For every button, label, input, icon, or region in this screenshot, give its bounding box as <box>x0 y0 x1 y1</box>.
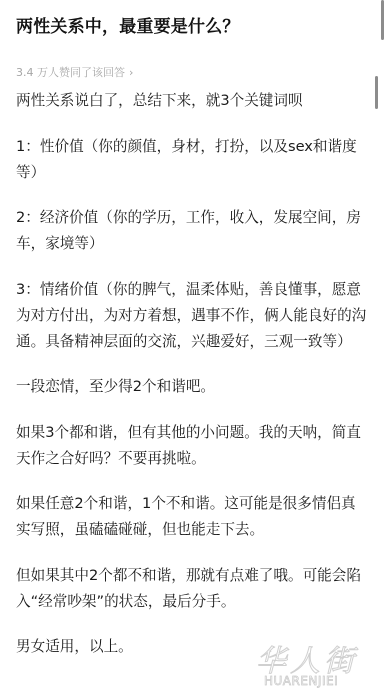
answer-paragraph: 男女适用，以上。 <box>16 634 368 660</box>
vote-count-text: 3.4 万人赞同了该回答 <box>16 66 125 79</box>
answer-paragraph: 1：性价值（你的颜值，身材，打扮，以及sex和谐度等） <box>16 134 368 186</box>
answer-paragraph: 3：情绪价值（你的脾气，温柔体贴，善良懂事，愿意为对方付出，为对方着想，遇事不作… <box>16 277 368 355</box>
answer-body: 两性关系说白了，总结下来，就3个关键词呗 1：性价值（你的颜值，身材，打扮，以及… <box>16 88 368 660</box>
answer-paragraph: 一段恋情，至少得2个和谐吧。 <box>16 374 368 400</box>
question-title[interactable]: 两性关系中，最重要是什么？ <box>16 12 240 37</box>
watermark-english: HUARENJIEI <box>264 674 338 688</box>
answer-paragraph: 两性关系说白了，总结下来，就3个关键词呗 <box>16 88 368 114</box>
answer-paragraph: 但如果其中2个都不和谐，那就有点难了哦。可能会陷入“经常吵架”的状态，最后分手。 <box>16 563 368 615</box>
answer-paragraph: 如果任意2个和谐，1个不和谐。这可能是很多情侣真实写照，虽磕磕碰碰，但也能走下去… <box>16 491 368 543</box>
answer-paragraph: 如果3个都和谐，但有其他的小问题。我的天呐，简直天作之合好吗？不要再挑啦。 <box>16 420 368 472</box>
answer-paragraph: 2：经济价值（你的学历，工作，收入，发展空间，房车，家境等） <box>16 205 368 257</box>
vote-summary-link[interactable]: 3.4 万人赞同了该回答› <box>16 64 133 80</box>
scrollbar-answer[interactable] <box>375 76 378 109</box>
chevron-right-icon: › <box>129 66 133 79</box>
